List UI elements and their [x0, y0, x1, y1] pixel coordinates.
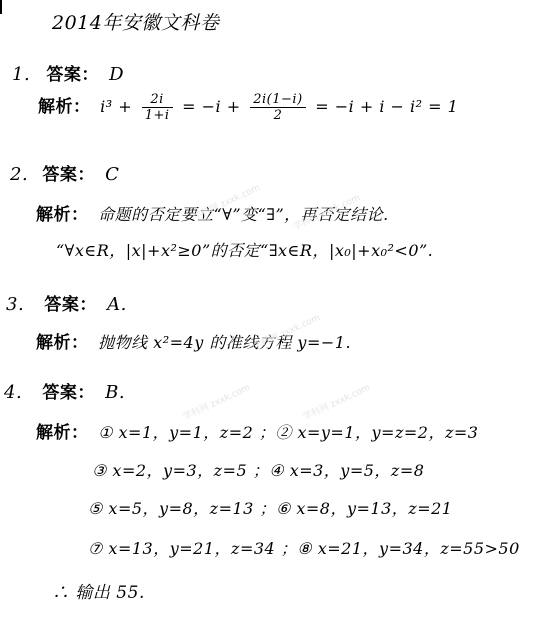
- q1-answer-label: 答案：: [46, 65, 99, 85]
- q3-analysis-text: 抛物线 x²=4y 的准线方程 y=−1.: [98, 333, 351, 352]
- q1-answer: D: [109, 64, 124, 85]
- q4-answer-label: 答案：: [42, 383, 95, 403]
- q4-step-line-3: ⑤ x=5，y=8，z=13 ；⑥ x=8，y=13，z=21: [88, 496, 453, 519]
- q2-analysis-line-2: “∀x∈R，|x|+x²≥0”的否定“∃x∈R，|x₀|+x₀²<0”.: [56, 238, 433, 261]
- q1-answer-line: 1. 答案： D: [12, 60, 124, 85]
- q1-frac1-denominator: 1+i: [142, 108, 173, 123]
- q4-step-1: ① x=1，y=1，z=2 ；② x=y=1，y=z=2，z=3: [98, 423, 478, 442]
- q4-conclusion-line: ∴ 输出 55.: [52, 578, 145, 603]
- q4-answer: B.: [105, 382, 125, 403]
- q2-number: 2.: [10, 164, 28, 185]
- q1-fraction-2: 2i(1−i) 2: [250, 92, 305, 123]
- q4-number: 4.: [4, 382, 22, 403]
- q4-step-4: ⑦ x=13，y=21，z=34 ；⑧ x=21，y=34，z=55>50: [88, 539, 520, 558]
- q3-answer-line: 3. 答案： A.: [6, 290, 127, 315]
- q4-step-3: ⑤ x=5，y=8，z=13 ；⑥ x=8，y=13，z=21: [88, 499, 453, 518]
- q3-answer-label: 答案：: [44, 295, 97, 315]
- q1-frac2-numerator: 2i(1−i): [250, 92, 305, 108]
- q1-frac2-denominator: 2: [250, 108, 305, 123]
- q2-answer-label: 答案：: [42, 165, 95, 185]
- watermark: 学科网 zxxk.com: [301, 380, 372, 422]
- q1-expr-lead: i³ +: [100, 97, 132, 116]
- watermark: 学科网 zxxk.com: [181, 380, 252, 422]
- q1-expr-mid: = −i +: [182, 97, 241, 116]
- page-edge-mark: [0, 0, 2, 14]
- q3-number: 3.: [6, 294, 24, 315]
- q3-analysis-line: 解析： 抛物线 x²=4y 的准线方程 y=−1.: [36, 328, 351, 353]
- q4-step-line-2: ③ x=2，y=3，z=5 ；④ x=3，y=5，z=8: [92, 458, 424, 481]
- q2-answer-line: 2. 答案： C: [10, 160, 119, 185]
- q4-step-2: ③ x=2，y=3，z=5 ；④ x=3，y=5，z=8: [92, 461, 424, 480]
- q1-expr-tail: = −i + i − i² = 1: [315, 97, 458, 116]
- q3-answer: A.: [107, 294, 127, 315]
- q2-analysis-text-2: “∀x∈R，|x|+x²≥0”的否定“∃x∈R，|x₀|+x₀²<0”.: [56, 241, 433, 260]
- q1-analysis-line: 解析： i³ + 2i 1+i = −i + 2i(1−i) 2 = −i + …: [38, 92, 458, 123]
- q4-conclusion: ∴ 输出 55.: [52, 583, 145, 603]
- q3-analysis-label: 解析：: [36, 333, 89, 353]
- q4-answer-line: 4. 答案： B.: [4, 378, 125, 403]
- q4-analysis-label: 解析：: [36, 423, 89, 443]
- q4-analysis-line: 解析： ① x=1，y=1，z=2 ；② x=y=1，y=z=2，z=3: [36, 418, 478, 443]
- q1-analysis-label: 解析：: [38, 97, 91, 117]
- q1-frac1-numerator: 2i: [142, 92, 173, 108]
- q1-fraction-1: 2i 1+i: [142, 92, 173, 123]
- q2-analysis-label: 解析：: [36, 205, 89, 225]
- document-title: 2014年安徽文科卷: [52, 8, 219, 35]
- q4-step-line-4: ⑦ x=13，y=21，z=34 ；⑧ x=21，y=34，z=55>50: [88, 536, 520, 559]
- q2-answer: C: [105, 164, 119, 185]
- q1-number: 1.: [12, 64, 30, 85]
